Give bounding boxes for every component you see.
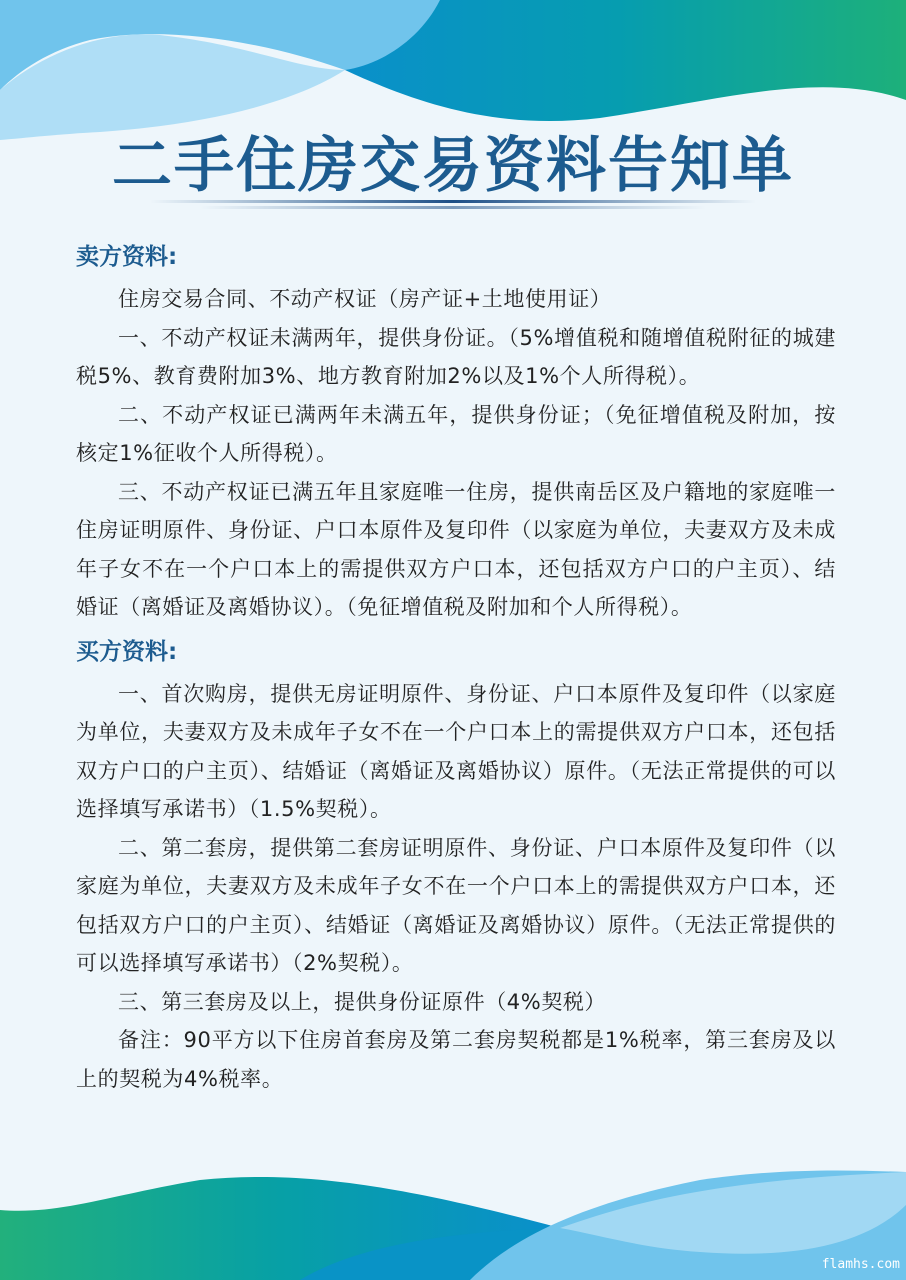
buyer-note: 备注：90平方以下住房首套房及第二套房契税都是1%税率，第三套房及以上的契税为4… (76, 1021, 836, 1098)
document-body: 卖方资料: 住房交易合同、不动产权证（房产证+土地使用证） 一、不动产权证未满两… (76, 232, 836, 1098)
buyer-section: 买方资料: 一、首次购房，提供无房证明原件、身份证、户口本原件及复印件（以家庭为… (76, 635, 836, 1099)
seller-heading: 卖方资料: (76, 240, 836, 274)
buyer-paragraph: 二、第二套房，提供第二套房证明原件、身份证、户口本原件及复印件（以家庭为单位，夫… (76, 829, 836, 983)
seller-paragraph: 一、不动产权证未满两年，提供身份证。（5%增值税和随增值税附征的城建税5%、教育… (76, 319, 836, 396)
buyer-heading: 买方资料: (76, 635, 836, 669)
buyer-paragraph: 三、第三套房及以上，提供身份证原件（4%契税） (76, 983, 836, 1022)
document-title: 二手住房交易资料告知单 (0, 118, 906, 204)
title-underline-bottom (200, 206, 706, 209)
title-underline-top (150, 200, 756, 203)
buyer-paragraph: 一、首次购房，提供无房证明原件、身份证、户口本原件及复印件（以家庭为单位，夫妻双… (76, 675, 836, 829)
seller-section: 卖方资料: 住房交易合同、不动产权证（房产证+土地使用证） 一、不动产权证未满两… (76, 240, 836, 627)
seller-paragraph: 住房交易合同、不动产权证（房产证+土地使用证） (76, 280, 836, 319)
seller-paragraph: 二、不动产权证已满两年未满五年，提供身份证；（免征增值税及附加，按核定1%征收个… (76, 396, 836, 473)
watermark: flamhs.com (822, 1257, 900, 1272)
seller-paragraph: 三、不动产权证已满五年且家庭唯一住房，提供南岳区及户籍地的家庭唯一住房证明原件、… (76, 473, 836, 627)
